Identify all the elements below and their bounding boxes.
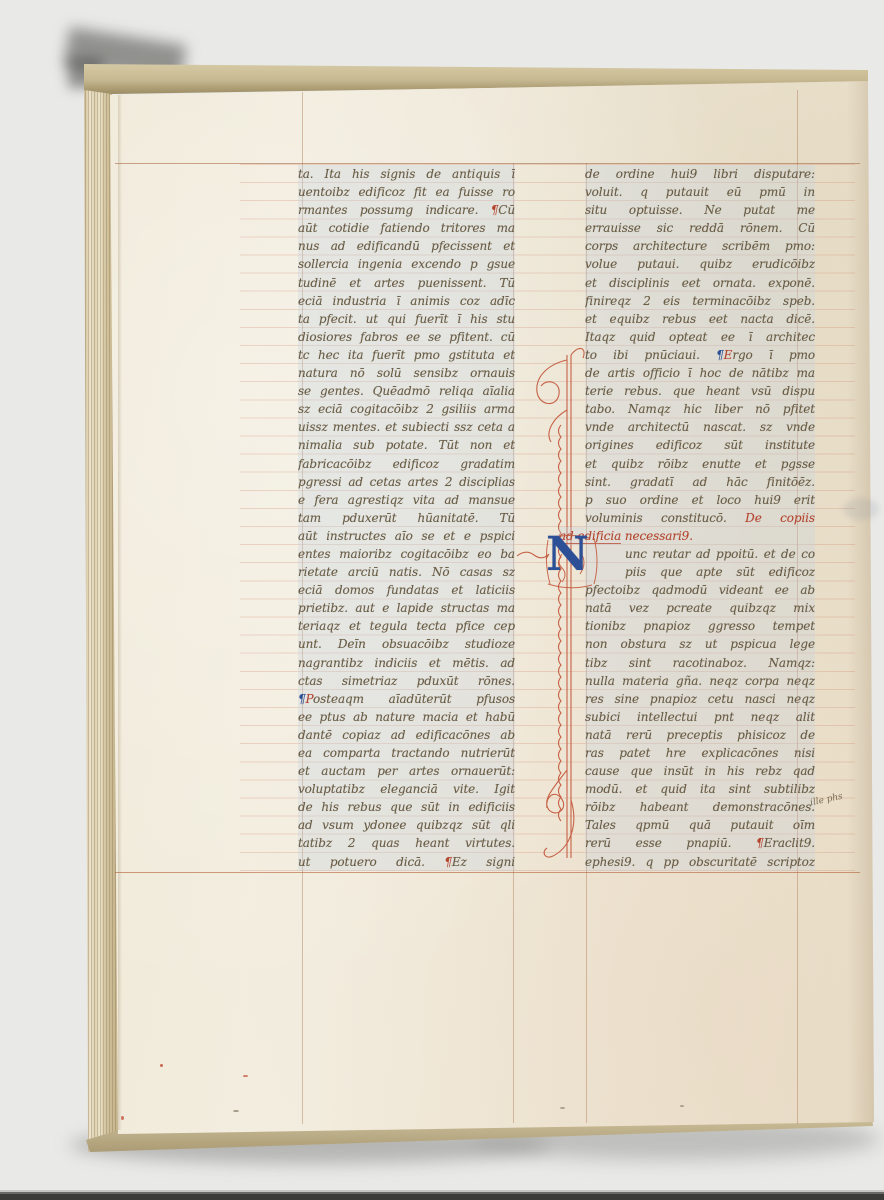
- script-text: situ optuisse. Ne putat me: [585, 203, 815, 217]
- script-text: ctas simetriaz pduxūt rōnes.: [298, 674, 515, 688]
- script-text: et equibz rebus eet nacta dicē.: [585, 312, 815, 326]
- text-line: nagrantibz indiciis et mētis. ad: [298, 654, 515, 672]
- script-text: osteaqm aīadūterūt pfusos: [313, 692, 515, 706]
- text-line: natura nō solū sensibz ornauis: [298, 364, 515, 382]
- script-text: Ez signi: [452, 855, 515, 869]
- text-line: tc hec ita fuerīt pmo gstituta et: [298, 346, 515, 364]
- script-text: rmantes possumg indicare.: [298, 203, 491, 217]
- script-text: cause que insūt in his rebz qad: [585, 764, 815, 778]
- script-text: natā rerū preceptis phisicoz de: [585, 728, 815, 742]
- script-text: uentoibz edificoz fit ea fuisse ro: [298, 185, 515, 199]
- text-line: voluminis constitucō. De copiis: [585, 509, 815, 527]
- text-line: uentoibz edificoz fit ea fuisse ro: [298, 183, 515, 201]
- script-text: tc hec ita fuerīt pmo gstituta et: [298, 348, 515, 362]
- script-text: voluit. q putauit eū pmū in: [585, 185, 815, 199]
- script-text: natura nō solū sensibz ornauis: [298, 366, 515, 380]
- script-text: ta pfecit. ut qui fuerīt ī his stu: [298, 312, 515, 326]
- script-text: voluptatibz eleganciā vite. Igit: [298, 782, 515, 796]
- script-text: voluminis constitucō.: [585, 511, 745, 525]
- initial-letter: N: [546, 526, 589, 584]
- script-text: teriaqz et tegula tecta pfice cep: [298, 619, 515, 633]
- script-text: ephesi9. q pp obscuritatē scriptoz: [585, 855, 815, 869]
- ink-smudge: [843, 498, 879, 520]
- text-line: uissz mentes. et subiecti ssz ceta a: [298, 418, 515, 436]
- text-line: p suo ordine et loco hui9 erit: [585, 491, 815, 509]
- text-line: ad vsum ydonee quibzqz sūt qli: [298, 816, 515, 834]
- text-line: tam pduxerūt hūanitatē. Tū: [298, 509, 515, 527]
- script-text: prietibz. aut e lapide structas ma: [298, 601, 515, 615]
- script-text: rōibz habeant demonstracōnes.: [585, 800, 815, 814]
- text-line: ras patet hre explicacōnes nisi: [585, 744, 815, 762]
- script-text: eciā domos fundatas et laticiis: [298, 583, 515, 597]
- script-text: sint. gradatī ad hāc finitōēz.: [585, 475, 815, 489]
- text-line: modū. et quid ita sint subtilibz: [585, 780, 815, 798]
- script-text: unt. Deīn obsuacōibz studioze: [298, 637, 515, 651]
- script-text: de ordine hui9 libri disputare:: [585, 167, 815, 181]
- page-crease: [118, 95, 122, 1130]
- text-line: voluptatibz eleganciā vite. Igit: [298, 780, 515, 798]
- script-text: terie rebus. que heant vsū dispu: [585, 384, 815, 398]
- text-line: ut potuero dicā. ¶Ez signi: [298, 853, 515, 871]
- text-line: ephesi9. q pp obscuritatē scriptoz: [585, 853, 815, 871]
- script-text: ea comparta tractando nutrierūt: [298, 746, 515, 760]
- dust-speck: [680, 1105, 684, 1107]
- rubric-mark: De copiis: [745, 511, 815, 525]
- text-line: eciā industria ī animis coz adīc: [298, 292, 515, 310]
- text-column-left: ta. Ita his signis de antiquis īuentoibz…: [298, 165, 515, 871]
- script-text: se gentes. Quēadmō reliqa aīalia: [298, 384, 515, 398]
- red-speck: [243, 1075, 248, 1077]
- text-line: tibz sint racotinaboz. Namqz:: [585, 654, 815, 672]
- script-text: tabo. Namqz hic liber nō pfitet: [585, 402, 815, 416]
- text-line: unc reutar ad ppoitū. et de co: [585, 545, 815, 563]
- text-line: ea comparta tractando nutrierūt: [298, 744, 515, 762]
- script-text: rerū esse pnapiū.: [585, 836, 756, 850]
- text-line: situ optuisse. Ne putat me: [585, 201, 815, 219]
- script-text: to ibi pnūciaui.: [585, 348, 716, 362]
- text-line: dantē copiaz ad edificacōnes ab: [298, 726, 515, 744]
- text-line: se gentes. Quēadmō reliqa aīalia: [298, 382, 515, 400]
- script-text: pgressi ad cetas artes 2 disciplias: [298, 475, 515, 489]
- text-line: tabo. Namqz hic liber nō pfitet: [585, 400, 815, 418]
- text-line: Itaqz quid opteat ee ī architec: [585, 328, 815, 346]
- rubric-mark: P: [306, 692, 314, 706]
- script-text: nus ad edificandū pfecissent et: [298, 239, 515, 253]
- script-text: sz eciā cogitacōibz 2 gsiliis arma: [298, 402, 515, 416]
- script-text: corps architecture scribēm pmo:: [585, 239, 815, 253]
- script-text: et disciplinis eet ornata. exponē.: [585, 276, 815, 290]
- script-text: ras patet hre explicacōnes nisi: [585, 746, 815, 760]
- text-line: pfectoibz qadmodū videant ee ab: [585, 581, 815, 599]
- text-line: natā rerū preceptis phisicoz de: [585, 726, 815, 744]
- script-text: non obstura sz ut pspicua lege: [585, 637, 815, 651]
- script-text: pfectoibz qadmodū videant ee ab: [585, 583, 815, 597]
- script-text: errauisse sic reddā rōnem. Cū: [585, 221, 815, 235]
- text-line: nulla materia gña. neqz corpa neqz: [585, 672, 815, 690]
- text-line: et equibz rebus eet nacta dicē.: [585, 310, 815, 328]
- script-text: tatibz 2 quas heant virtutes.: [298, 836, 515, 850]
- dust-speck: [560, 1107, 565, 1109]
- script-text: finireqz 2 eis terminacōibz speb.: [585, 294, 815, 308]
- red-speck: [121, 1116, 124, 1120]
- script-text: tam pduxerūt hūanitatē. Tū: [298, 511, 515, 525]
- script-text: ut potuero dicā.: [298, 855, 444, 869]
- script-text: nulla materia gña. neqz corpa neqz: [585, 674, 815, 688]
- text-line: vnde architectū nascat. sz vnde: [585, 418, 815, 436]
- script-text: tibz sint racotinaboz. Namqz:: [585, 656, 815, 670]
- text-line: nimalia sub potate. Tūt non et: [298, 436, 515, 454]
- text-line: res sine pnapioz cetu nasci neqz: [585, 690, 815, 708]
- script-text: dantē copiaz ad edificacōnes ab: [298, 728, 515, 742]
- text-line: ctas simetriaz pduxūt rōnes.: [298, 672, 515, 690]
- script-text: vnde architectū nascat. sz vnde: [585, 420, 815, 434]
- rubric-mark: ¶: [298, 692, 306, 706]
- script-text: natā vez pcreate quibzqz mix: [585, 601, 815, 615]
- photo-of-manuscript: { "palette": { "backdrop": "#e9e9e7", "p…: [0, 0, 884, 1200]
- text-line: rōibz habeant demonstracōnes.: [585, 798, 815, 816]
- text-line: ta. Ita his signis de antiquis ī: [298, 165, 515, 183]
- script-text: ad vsum ydonee quibzqz sūt qli: [298, 818, 515, 832]
- text-line: aūt instructes aīo se et e pspici: [298, 527, 515, 545]
- script-text: unc reutar ad ppoitū. et de co: [625, 547, 815, 561]
- text-line: sint. gradatī ad hāc finitōēz.: [585, 473, 815, 491]
- script-text: tionibz pnapioz ggresso tempet: [585, 619, 815, 633]
- script-text: aūt cotidie fatiendo tritores ma: [298, 221, 515, 235]
- script-text: res sine pnapioz cetu nasci neqz: [585, 692, 815, 706]
- script-text: e fera agrestiqz vita ad mansue: [298, 493, 515, 507]
- script-text: tudinē et artes puenissent. Tū: [298, 276, 515, 290]
- text-line: rmantes possumg indicare. ¶Cū: [298, 201, 515, 219]
- rubric-mark: ¶: [444, 855, 452, 869]
- script-text: de artis officio ī hoc de nātibz ma: [585, 366, 815, 380]
- script-text: p suo ordine et loco hui9 erit: [585, 493, 815, 507]
- text-line: tatibz 2 quas heant virtutes.: [298, 834, 515, 852]
- text-line: non obstura sz ut pspicua lege: [585, 635, 815, 653]
- script-text: Tales qpmū quā putauit oīm: [585, 818, 815, 832]
- text-line: de artis officio ī hoc de nātibz ma: [585, 364, 815, 382]
- photo-edge-strip: [0, 1190, 884, 1200]
- script-text: et quibz rōibz enutte et pgsse: [585, 457, 815, 471]
- text-line: fabricacōibz edificoz gradatim: [298, 455, 515, 473]
- text-line: ¶Posteaqm aīadūterūt pfusos: [298, 690, 515, 708]
- text-line: aūt cotidie fatiendo tritores ma: [298, 219, 515, 237]
- text-line: diosiores fabros ee se pfitent. cū: [298, 328, 515, 346]
- text-line: pgressi ad cetas artes 2 disciplias: [298, 473, 515, 491]
- text-line: to ibi pnūciaui. ¶Ergo ī pmo: [585, 346, 815, 364]
- text-line: teriaqz et tegula tecta pfice cep: [298, 617, 515, 635]
- text-line: rietate arciū natis. Nō casas sz: [298, 563, 515, 581]
- script-text: eciā industria ī animis coz adīc: [298, 294, 515, 308]
- text-line: eciā domos fundatas et laticiis: [298, 581, 515, 599]
- text-line: volue putaui. quibz erudicōibz: [585, 255, 815, 273]
- red-speck: [160, 1064, 163, 1067]
- text-line: natā vez pcreate quibzqz mix: [585, 599, 815, 617]
- text-line: sz eciā cogitacōibz 2 gsiliis arma: [298, 400, 515, 418]
- dust-speck: [233, 1110, 239, 1112]
- text-line: tionibz pnapioz ggresso tempet: [585, 617, 815, 635]
- text-line: entes maioribz cogitacōibz eo ba: [298, 545, 515, 563]
- text-line: rerū esse pnapiū. ¶Eraclit9.: [585, 834, 815, 852]
- text-line: corps architecture scribēm pmo:: [585, 237, 815, 255]
- script-text: volue putaui. quibz erudicōibz: [585, 257, 815, 271]
- script-text: et auctam per artes ornauerūt:: [298, 764, 515, 778]
- text-line: terie rebus. que heant vsū dispu: [585, 382, 815, 400]
- text-line: et disciplinis eet ornata. exponē.: [585, 274, 815, 292]
- text-line: e fera agrestiqz vita ad mansue: [298, 491, 515, 509]
- script-text: nagrantibz indiciis et mētis. ad: [298, 656, 515, 670]
- illuminated-initial: N: [542, 532, 600, 590]
- script-text: entes maioribz cogitacōibz eo ba: [298, 547, 515, 561]
- script-text: nimalia sub potate. Tūt non et: [298, 438, 515, 452]
- text-line: cause que insūt in his rebz qad: [585, 762, 815, 780]
- text-line: de ordine hui9 libri disputare:: [585, 165, 815, 183]
- script-text: Cū: [498, 203, 515, 217]
- script-text: rietate arciū natis. Nō casas sz: [298, 565, 515, 579]
- text-line: prietibz. aut e lapide structas ma: [298, 599, 515, 617]
- script-text: subici intellectui pnt neqz alit: [585, 710, 815, 724]
- rubric-mark: ¶: [716, 348, 724, 362]
- text-line: errauisse sic reddā rōnem. Cū: [585, 219, 815, 237]
- text-line: ee ptus ab nature macia et habū: [298, 708, 515, 726]
- text-line: sollercia ingenia excendo p gsue: [298, 255, 515, 273]
- text-line: piis que apte sūt edificoz: [585, 563, 815, 581]
- text-column-right: de ordine hui9 libri disputare:voluit. q…: [585, 165, 815, 871]
- text-line: et quibz rōibz enutte et pgsse: [585, 455, 815, 473]
- script-text: aūt instructes aīo se et e pspici: [298, 529, 515, 543]
- script-text: origines edificoz sūt institute: [585, 438, 815, 452]
- script-text: Eraclit9.: [764, 836, 815, 850]
- text-line: unt. Deīn obsuacōibz studioze: [298, 635, 515, 653]
- rubric-mark: necessari9.: [621, 529, 693, 543]
- text-line: origines edificoz sūt institute: [585, 436, 815, 454]
- text-line: voluit. q putauit eū pmū in: [585, 183, 815, 201]
- script-text: uissz mentes. et subiecti ssz ceta a: [298, 420, 515, 434]
- text-line: ta pfecit. ut qui fuerīt ī his stu: [298, 310, 515, 328]
- rubric-mark: ¶: [756, 836, 764, 850]
- text-line: de his rebus que sūt in edificiis: [298, 798, 515, 816]
- frame-rule-top: [115, 163, 860, 164]
- frame-rule-bottom: [115, 872, 860, 873]
- text-line: finireqz 2 eis terminacōibz speb.: [585, 292, 815, 310]
- text-line: nus ad edificandū pfecissent et: [298, 237, 515, 255]
- script-text: ta. Ita his signis de antiquis ī: [298, 167, 515, 181]
- text-line: subici intellectui pnt neqz alit: [585, 708, 815, 726]
- text-line: tudinē et artes puenissent. Tū: [298, 274, 515, 292]
- script-text: rgo ī pmo: [732, 348, 815, 362]
- script-text: ee ptus ab nature macia et habū: [298, 710, 515, 724]
- script-text: sollercia ingenia excendo p gsue: [298, 257, 515, 271]
- text-line: et auctam per artes ornauerūt:: [298, 762, 515, 780]
- script-text: Itaqz quid opteat ee ī architec: [585, 330, 815, 344]
- script-text: diosiores fabros ee se pfitent. cū: [298, 330, 515, 344]
- script-text: fabricacōibz edificoz gradatim: [298, 457, 515, 471]
- script-text: modū. et quid ita sint subtilibz: [585, 782, 815, 796]
- script-text: de his rebus que sūt in edificiis: [298, 800, 515, 814]
- script-text: piis que apte sūt edificoz: [625, 565, 815, 579]
- text-line: Tales qpmū quā putauit oīm: [585, 816, 815, 834]
